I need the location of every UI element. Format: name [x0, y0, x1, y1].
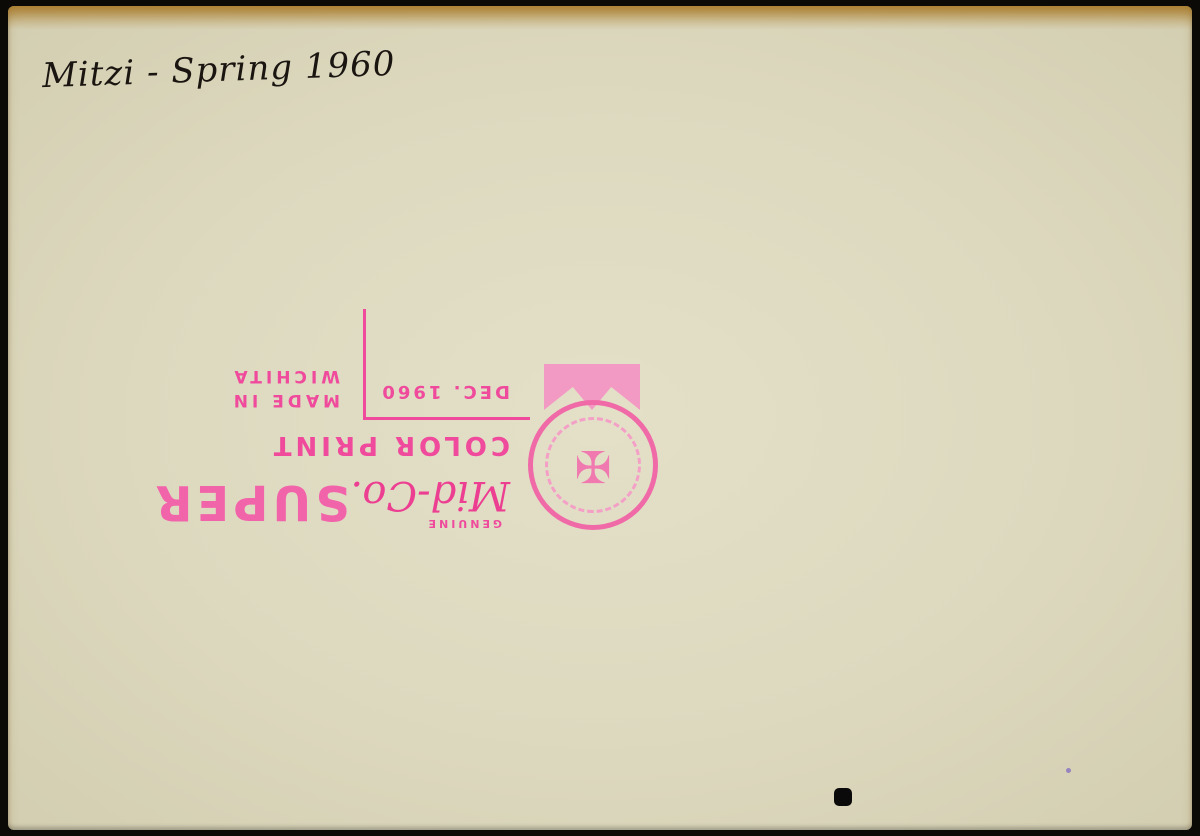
- stamp-made-in-line1: MADE IN: [230, 388, 340, 412]
- stamp-color-print-label: COLOR PRINT: [270, 430, 510, 460]
- stamp-made-in-line2: WICHITA: [230, 364, 340, 388]
- black-dot-mark: [834, 788, 852, 806]
- processor-stamp: ✠ GENUINE Mid-Co. SUPER COLOR PRINT DEC.…: [180, 302, 670, 542]
- stamp-date: DEC. 1960: [379, 381, 510, 402]
- stamp-super-label: SUPER: [152, 474, 350, 530]
- stamp-date-box: [363, 309, 530, 420]
- stamp-genuine-label: GENUINE: [426, 517, 503, 530]
- ink-speck: [1066, 768, 1071, 773]
- stamp-brand-script: Mid-Co.: [350, 472, 510, 518]
- seal-emblem-icon: ✠: [533, 440, 653, 491]
- stamp-made-in: MADE IN WICHITA: [230, 364, 340, 412]
- photo-back: Mitzi - Spring 1960 ✠ GENUINE Mid-Co. SU…: [8, 6, 1192, 830]
- aged-edge: [8, 6, 1192, 30]
- handwritten-caption: Mitzi - Spring 1960: [41, 44, 396, 96]
- crowned-seal-icon: ✠: [528, 400, 658, 530]
